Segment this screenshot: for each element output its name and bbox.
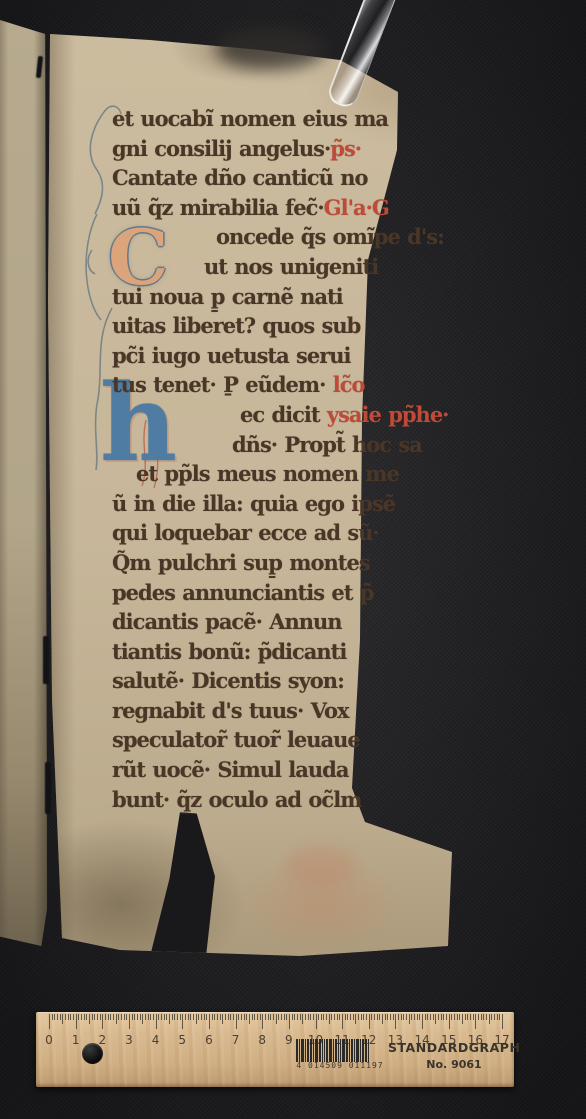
rubric-text: ysaie pp̃he·: [327, 402, 449, 427]
ruler-tick: [222, 1014, 223, 1024]
ruler-tick: [100, 1014, 101, 1020]
ruler-tick: [78, 1014, 79, 1020]
ruler-tick: [212, 1014, 213, 1020]
ruler-hanging-hole: [82, 1043, 103, 1064]
barcode-bar: [324, 1039, 325, 1062]
ruler-tick: [52, 1014, 53, 1020]
manuscript-text-line: dicantis pacẽ· Annun: [112, 609, 404, 639]
manuscript-text-line: oncede q̃s omĩpe d's:: [112, 224, 404, 254]
manuscript-text-line: uitas liberet? quos sub: [112, 313, 404, 343]
body-text: dñs· Propt̃ hoc sa: [232, 432, 422, 457]
barcode-bar: [310, 1039, 312, 1062]
ruler-tick: [321, 1014, 322, 1020]
manuscript-text-line: tiantis bonũ: p̃dicanti: [112, 639, 404, 669]
ruler-tick: [233, 1014, 234, 1020]
ruler-tick: [425, 1014, 426, 1020]
ruler-tick: [379, 1014, 380, 1020]
ruler-number: 1: [67, 1033, 85, 1047]
barcode-bar: [333, 1039, 334, 1062]
ruler-tick: [209, 1014, 210, 1029]
ruler-tick: [406, 1014, 407, 1020]
ruler-tick: [193, 1014, 194, 1020]
ruler-brand-label: STANDARDGRAPH: [388, 1040, 520, 1055]
manuscript-text-line: qui loquebar ecce ad sũ·: [112, 520, 404, 550]
body-text: salutẽ· Dicentis syon:: [112, 668, 344, 693]
ruler-tick: [76, 1014, 77, 1029]
body-text: pc̃i iugo uetusta serui: [112, 343, 351, 368]
ruler-tick: [497, 1014, 498, 1020]
manuscript-text-line: ut nos unigeniti: [112, 254, 404, 284]
ruler-tick: [121, 1014, 122, 1020]
ruler-tick: [270, 1014, 271, 1020]
ruler-tick: [220, 1014, 221, 1020]
ruler-tick: [422, 1014, 423, 1029]
ruler-tick: [129, 1014, 130, 1029]
ruler-tick: [201, 1014, 202, 1020]
ruler-tick: [302, 1014, 303, 1024]
barcode-bar: [329, 1039, 332, 1062]
ruler-number: 8: [253, 1033, 271, 1047]
ruler-tick: [180, 1014, 181, 1020]
ruler-tick: [398, 1014, 399, 1020]
ruler-tick: [286, 1014, 287, 1020]
ruler-tick: [459, 1014, 460, 1020]
body-text: dicantis pacẽ· Annun: [112, 609, 342, 634]
ruler-tick: [86, 1014, 87, 1020]
ruler-tick: [92, 1014, 93, 1020]
body-text: tui noua p̱ carnẽ nati: [112, 284, 343, 309]
rubric-text: p̃s·: [330, 136, 361, 161]
manuscript-text-block: et uocabĩ nomen eius magni consilij ange…: [112, 106, 404, 816]
rubric-text: lc̃o: [333, 372, 365, 397]
ruler-tick: [97, 1014, 98, 1020]
ruler-tick: [369, 1014, 370, 1029]
body-text: et pp̃ls meus nomen me: [136, 461, 399, 486]
ruler-tick: [116, 1014, 117, 1024]
ruler-tick: [262, 1014, 263, 1029]
ruler-tick: [361, 1014, 362, 1020]
manuscript-text-line: salutẽ· Dicentis syon:: [112, 668, 404, 698]
barcode-bar: [305, 1039, 306, 1062]
body-text: qui loquebar ecce ad sũ·: [112, 520, 379, 545]
barcode-bar: [307, 1039, 309, 1062]
ruler-tick: [491, 1014, 492, 1020]
ruler-tick: [483, 1014, 484, 1020]
manuscript-text-line: et uocabĩ nomen eius ma: [112, 106, 404, 136]
ruler-tick: [257, 1014, 258, 1020]
manuscript-text-line: rũt uocẽ· Simul lauda: [112, 757, 404, 787]
ruler-tick: [481, 1014, 482, 1020]
ruler-tick: [427, 1014, 428, 1020]
ruler-tick: [196, 1014, 197, 1024]
body-text: ec dicit: [240, 402, 327, 427]
body-text: ũ in die illa: quia ego ipsẽ: [112, 491, 395, 516]
body-text: regnabit d's tuus· Vox: [112, 698, 348, 723]
ruler-tick: [177, 1014, 178, 1020]
manuscript-text-line: speculator̃ tuor̃ leuaue: [112, 727, 404, 757]
ruler-tick: [164, 1014, 165, 1020]
ruler-tick: [148, 1014, 149, 1020]
ruler-tick: [105, 1014, 106, 1020]
ruler-tick: [94, 1014, 95, 1020]
ruler-tick: [371, 1014, 372, 1020]
ruler-tick: [457, 1014, 458, 1020]
ruler-tick: [217, 1014, 218, 1020]
ruler-tick: [57, 1014, 58, 1020]
ruler-tick: [478, 1014, 479, 1020]
manuscript-text-line: dñs· Propt̃ hoc sa: [112, 432, 404, 462]
barcode-bar: [322, 1039, 323, 1062]
body-text: Q̃m pulchri sup̱ montes: [112, 550, 370, 575]
ruler-tick: [153, 1014, 154, 1020]
body-text: rũt uocẽ· Simul lauda: [112, 757, 348, 782]
barcode-bar: [313, 1039, 314, 1062]
ruler-tick: [62, 1014, 63, 1024]
ruler-tick: [110, 1014, 111, 1020]
ruler-tick: [374, 1014, 375, 1020]
barcode-bar: [299, 1039, 300, 1062]
ruler-tick: [305, 1014, 306, 1020]
manuscript-text-line: Q̃m pulchri sup̱ montes: [112, 550, 404, 580]
body-text: et uocabĩ nomen eius ma: [112, 106, 388, 131]
ruler-tick: [409, 1014, 410, 1024]
ruler-tick: [308, 1014, 309, 1020]
ruler-number: 7: [227, 1033, 245, 1047]
barcode-bar: [354, 1039, 355, 1062]
ruler-tick: [174, 1014, 175, 1020]
ruler-tick: [337, 1014, 338, 1020]
ruler-tick: [126, 1014, 127, 1020]
ruler-tick: [137, 1014, 138, 1020]
ruler-tick: [134, 1014, 135, 1020]
barcode-bar: [351, 1039, 353, 1062]
ruler-tick: [145, 1014, 146, 1020]
body-text: Cantate dño canticũ no: [112, 165, 368, 190]
ruler-model-label: No. 9061: [388, 1058, 520, 1071]
photograph-of-manuscript: C h et uocabĩ nomen eius magni consilij …: [0, 0, 586, 1119]
manuscript-text-line: ũ in die illa: quia ego ipsẽ: [112, 491, 404, 521]
manuscript-text-line: gni consilij angelus·p̃s·: [112, 136, 404, 166]
ruler-tick: [470, 1014, 471, 1020]
barcode-digits: 4 014509 011197: [288, 1061, 392, 1070]
ruler-tick: [417, 1014, 418, 1020]
ruler-tick: [331, 1014, 332, 1020]
ruler-tick: [158, 1014, 159, 1020]
ruler-tick: [499, 1014, 500, 1020]
barcode-bar: [346, 1039, 348, 1062]
ruler-tick: [430, 1014, 431, 1020]
ruler-tick: [339, 1014, 340, 1020]
barcode-bar: [365, 1039, 367, 1062]
parchment-tear: [142, 812, 218, 958]
ruler-tick: [150, 1014, 151, 1020]
ruler-tick: [204, 1014, 205, 1020]
ruler-tick: [60, 1014, 61, 1020]
ruler-tick: [390, 1014, 391, 1020]
barcode-bar: [326, 1039, 328, 1062]
ruler-tick: [241, 1014, 242, 1020]
ruler-tick: [214, 1014, 215, 1020]
ruler-tick: [382, 1014, 383, 1024]
ruler-tick: [268, 1014, 269, 1020]
ruler-tick: [68, 1014, 69, 1020]
ruler-tick: [281, 1014, 282, 1020]
ruler-tick: [502, 1014, 503, 1029]
ruler-tick: [188, 1014, 189, 1020]
ruler-tick: [489, 1014, 490, 1024]
barcode-bar: [301, 1039, 304, 1062]
ruler-number: 0: [40, 1033, 58, 1047]
manuscript-text-line: Cantate dño canticũ no: [112, 165, 404, 195]
ruler-tick: [419, 1014, 420, 1020]
body-text: uitas liberet? quos sub: [112, 313, 360, 338]
barcode-bar: [335, 1039, 337, 1062]
ruler-tick: [278, 1014, 279, 1020]
sewing-slit: [45, 762, 51, 814]
ruler-tick: [49, 1014, 50, 1029]
ruler-tick: [385, 1014, 386, 1020]
ruler-tick: [451, 1014, 452, 1020]
barcode-bar: [296, 1039, 298, 1062]
body-text: speculator̃ tuor̃ leuaue: [112, 727, 360, 752]
ruler-tick: [401, 1014, 402, 1020]
body-text: tus tenet· P̱ eũdem·: [112, 372, 333, 397]
ruler-tick: [161, 1014, 162, 1020]
ruler-tick: [273, 1014, 274, 1020]
ruler-tick: [494, 1014, 495, 1020]
ruler-tick: [113, 1014, 114, 1020]
manuscript-text-line: pc̃i iugo uetusta serui: [112, 343, 404, 373]
ruler-tick: [190, 1014, 191, 1020]
ruler-tick: [265, 1014, 266, 1020]
ruler-tick: [169, 1014, 170, 1024]
barcode: [296, 1039, 384, 1062]
barcode-bar: [360, 1039, 361, 1062]
wooden-ruler: 01234567891011121314151617 4 014509 0111…: [36, 1012, 514, 1087]
manuscript-text-line: tus tenet· P̱ eũdem· lc̃o: [112, 372, 404, 402]
ruler-tick: [156, 1014, 157, 1029]
body-text: oncede q̃s omĩpe d's:: [216, 224, 444, 249]
ruler-tick: [54, 1014, 55, 1020]
stain-smudge: [216, 28, 326, 70]
ruler-tick: [236, 1014, 237, 1029]
body-text: ut nos unigeniti: [204, 254, 378, 279]
ruler-tick: [387, 1014, 388, 1020]
sewing-slit: [43, 636, 49, 684]
ruler-tick: [358, 1014, 359, 1020]
ruler-tick: [124, 1014, 125, 1020]
ruler-tick: [403, 1014, 404, 1020]
ruler-tick: [284, 1014, 285, 1020]
ruler-tick: [252, 1014, 253, 1020]
ruler-tick: [462, 1014, 463, 1024]
ruler-tick: [334, 1014, 335, 1020]
ruler-tick: [316, 1014, 317, 1029]
barcode-bar: [340, 1039, 341, 1062]
ruler-tick: [313, 1014, 314, 1020]
ruler-tick: [65, 1014, 66, 1020]
barcode-bar: [342, 1039, 345, 1062]
ruler-tick: [102, 1014, 103, 1029]
ruler-number: 6: [200, 1033, 218, 1047]
barcode-bar: [338, 1039, 339, 1062]
ruler-tick: [326, 1014, 327, 1020]
ruler-tick: [289, 1014, 290, 1029]
manuscript-text-line: et pp̃ls meus nomen me: [112, 461, 404, 491]
ruler-tick: [377, 1014, 378, 1020]
manuscript-text-line: tui noua p̱ carnẽ nati: [112, 284, 404, 314]
facing-parchment-leaf: [0, 14, 47, 946]
ruler-tick: [323, 1014, 324, 1020]
body-text: uũ q̃z mirabilia fec̃·: [112, 195, 324, 220]
ruler-tick: [467, 1014, 468, 1020]
ruler-tick: [318, 1014, 319, 1020]
ruler-tick: [198, 1014, 199, 1020]
ruler-tick: [73, 1014, 74, 1020]
ruler-tick: [172, 1014, 173, 1020]
ruler-tick: [353, 1014, 354, 1020]
ruler-tick: [81, 1014, 82, 1020]
ruler-tick: [132, 1014, 133, 1020]
ruler-tick: [182, 1014, 183, 1029]
ruler-tick: [294, 1014, 295, 1020]
ruler-tick: [441, 1014, 442, 1020]
ruler-tick: [228, 1014, 229, 1020]
ruler-tick: [393, 1014, 394, 1020]
barcode-bar: [368, 1039, 369, 1062]
ruler-tick: [140, 1014, 141, 1020]
body-text: gni consilij angelus·: [112, 136, 330, 161]
ruler-number: 4: [147, 1033, 165, 1047]
ruler-tick: [414, 1014, 415, 1020]
ruler-tick: [363, 1014, 364, 1020]
ruler-tick: [310, 1014, 311, 1020]
rubric-text: Gl'a·G: [324, 195, 389, 220]
ruler-tick: [486, 1014, 487, 1020]
ruler-tick: [108, 1014, 109, 1020]
ruler-number: 3: [120, 1033, 138, 1047]
barcode-bar: [315, 1039, 318, 1062]
body-text: pedes annunciantis et p̃: [112, 580, 373, 605]
ruler-tick: [297, 1014, 298, 1020]
ruler-tick: [350, 1014, 351, 1020]
manuscript-text-line: bunt· q̃z oculo ad oc̃lm: [112, 787, 404, 817]
ruler-tick: [254, 1014, 255, 1020]
ruler-tick: [449, 1014, 450, 1029]
ruler-tick: [118, 1014, 119, 1020]
ruler-tick: [142, 1014, 143, 1024]
manuscript-text-line: pedes annunciantis et p̃: [112, 580, 404, 610]
ruler-tick: [475, 1014, 476, 1029]
ruler-tick: [246, 1014, 247, 1020]
ruler-tick: [366, 1014, 367, 1020]
ruler-tick: [230, 1014, 231, 1020]
body-text: bunt· q̃z oculo ad oc̃lm: [112, 787, 361, 812]
ruler-tick: [238, 1014, 239, 1020]
ruler-tick: [395, 1014, 396, 1029]
ruler-tick: [443, 1014, 444, 1020]
ruler-tick: [276, 1014, 277, 1024]
ruler-tick: [70, 1014, 71, 1020]
ruler-tick: [347, 1014, 348, 1020]
ruler-tick: [300, 1014, 301, 1020]
ruler-tick: [438, 1014, 439, 1020]
ruler-number: 5: [173, 1033, 191, 1047]
manuscript-text-line: ec dicit ysaie pp̃he·: [112, 402, 404, 432]
ruler-tick: [225, 1014, 226, 1020]
ruler-tick: [473, 1014, 474, 1020]
ruler-tick: [185, 1014, 186, 1020]
ruler-tick: [411, 1014, 412, 1020]
ruler-tick: [342, 1014, 343, 1029]
ruler-tick: [355, 1014, 356, 1024]
ruler-tick: [446, 1014, 447, 1020]
ruler-tick: [260, 1014, 261, 1020]
barcode-bar: [349, 1039, 350, 1062]
ruler-tick: [345, 1014, 346, 1020]
ruler-tick: [206, 1014, 207, 1020]
manuscript-text-line: regnabit d's tuus· Vox: [112, 698, 404, 728]
ruler-tick: [329, 1014, 330, 1024]
ruler-tick: [433, 1014, 434, 1020]
body-text: tiantis bonũ: p̃dicanti: [112, 639, 346, 664]
ruler-tick: [454, 1014, 455, 1020]
manuscript-text-line: uũ q̃z mirabilia fec̃·Gl'a·G: [112, 195, 404, 225]
ruler-tick: [84, 1014, 85, 1020]
barcode-bar: [319, 1039, 321, 1062]
ruler-tick: [465, 1014, 466, 1020]
ruler-tick: [292, 1014, 293, 1020]
ruler-tick: [166, 1014, 167, 1020]
barcode-bar: [356, 1039, 359, 1062]
ruler-tick: [249, 1014, 250, 1024]
ruler-tick: [89, 1014, 90, 1024]
barcode-bar: [362, 1039, 364, 1062]
stain-red: [286, 846, 356, 886]
ruler-tick: [244, 1014, 245, 1020]
ruler-tick: [435, 1014, 436, 1024]
